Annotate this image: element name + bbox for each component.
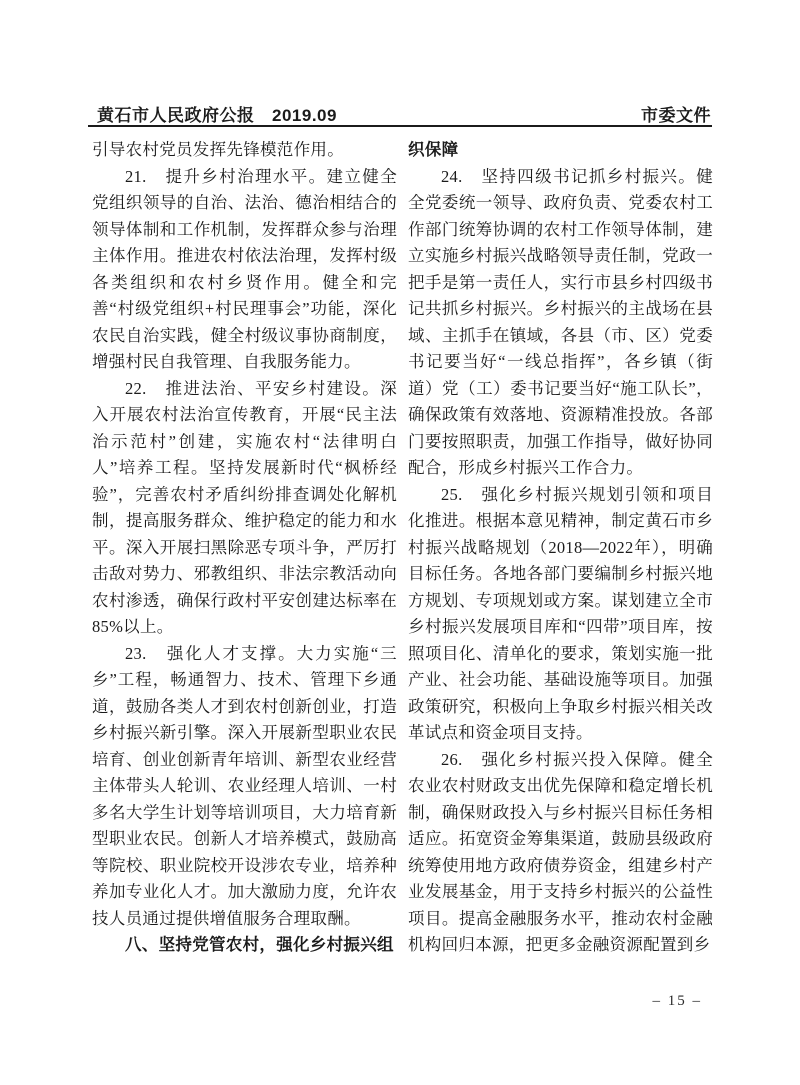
- section-heading-eight: 八、坚持党管农村，强化乡村振兴组: [92, 932, 397, 959]
- header-section-label: 市委文件: [641, 101, 711, 126]
- paragraph-item-24: 24. 坚持四级书记抓乡村振兴。健全党委统一领导、政府负责、党委农村工作部门统筹…: [408, 164, 713, 482]
- text-columns: 引导农村党员发挥先锋模范作用。 21. 提升乡村治理水平。建立健全党组织领导的自…: [92, 137, 713, 959]
- paragraph-item-25: 25. 强化乡村振兴规划引领和项目化推进。根据本意见精神，制定黄石市乡村振兴战略…: [408, 482, 713, 747]
- page-number: – 15 –: [653, 993, 703, 1010]
- header-gazette-title: 黄石市人民政府公报 2019.09: [97, 101, 337, 126]
- header-divider: [88, 125, 712, 127]
- page-header: 黄石市人民政府公报 2019.09 市委文件: [97, 101, 711, 126]
- paragraph-item-26: 26. 强化乡村振兴投入保障。健全农业农村财政支出优先保障和稳定增长机制，确保财…: [408, 747, 713, 959]
- paragraph-item-23: 23. 强化人才支撑。大力实施“三乡”工程，畅通智力、技术、管理下乡通道，鼓励各…: [92, 641, 397, 933]
- paragraph-item-21: 21. 提升乡村治理水平。建立健全党组织领导的自治、法治、德治相结合的领导体制和…: [92, 164, 397, 376]
- paragraph-continuation: 引导农村党员发挥先锋模范作用。: [92, 137, 397, 164]
- right-column: 织保障 24. 坚持四级书记抓乡村振兴。健全党委统一领导、政府负责、党委农村工作…: [408, 137, 713, 959]
- section-heading-eight-continuation: 织保障: [408, 137, 713, 164]
- paragraph-item-22: 22. 推进法治、平安乡村建设。深入开展农村法治宣传教育，开展“民主法治示范村”…: [92, 376, 397, 641]
- left-column: 引导农村党员发挥先锋模范作用。 21. 提升乡村治理水平。建立健全党组织领导的自…: [92, 137, 397, 959]
- gazette-page: 黄石市人民政府公报 2019.09 市委文件 引导农村党员发挥先锋模范作用。 2…: [0, 0, 800, 1085]
